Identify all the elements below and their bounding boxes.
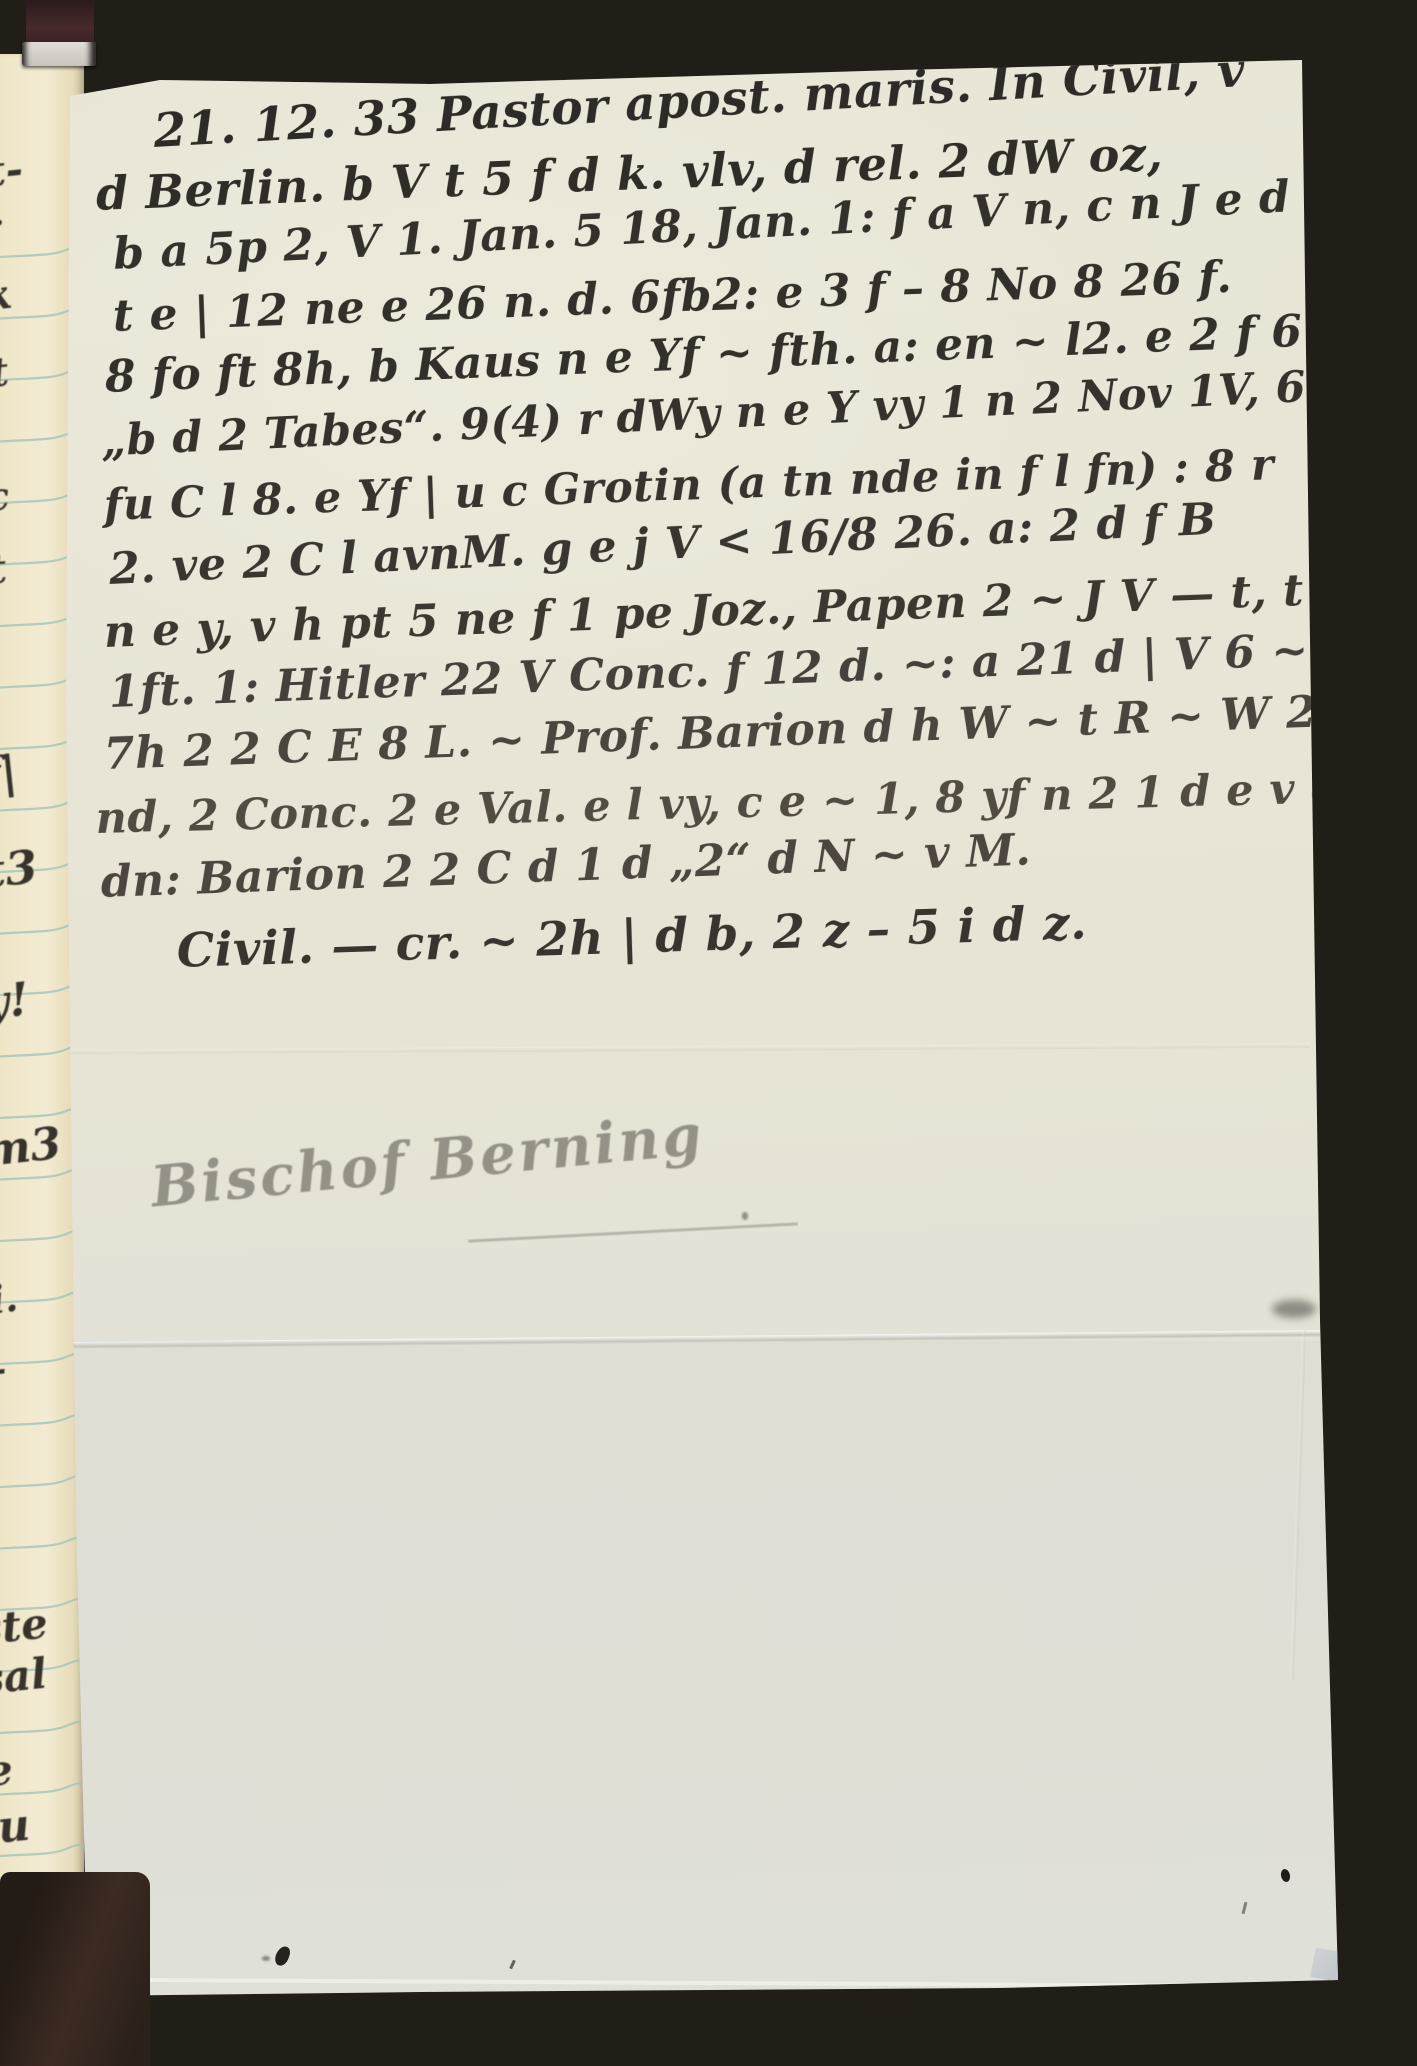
dust-speck [742,1212,748,1220]
pencil-underline [468,1222,798,1242]
notebook-page: 21. 12. 33 Pastor apost. maris. In Civil… [0,0,1417,2066]
ink-stroke-fragment: ju [0,1800,32,1856]
ink-slash-mark [509,1960,516,1969]
manuscript-line: nd, 2 Conc. 2 e Val. e l vy, c e ~ 1, 8 … [95,763,1371,844]
corner-chip [1310,1948,1340,1982]
pencil-signature: Bischof Berning [148,1102,707,1221]
ink-stroke-fragment: t3 [0,839,40,898]
ink-blot-halo [262,1956,270,1961]
smudge-mark [1272,1300,1316,1318]
manuscript-line: Civil. — cr. ~ 2h | d b, 2 z – 5 i d z. [176,895,1088,979]
binding-corner-bottom [0,1872,150,2066]
fold-shading [60,1341,1350,1996]
pencil-tick-mark [1242,1902,1248,1914]
ink-stroke-fragment: ste [0,1598,50,1654]
binding-ribbon-top [26,0,94,46]
paper-fold-crease [70,1330,1320,1349]
ink-stroke-fragment: m3 [0,1118,64,1177]
ink-stroke-fragment: sal [0,1649,49,1705]
paper-crease-upper [70,1043,1310,1054]
binding-clip-band [22,42,96,66]
ink-blot [273,1944,292,1967]
page-bottom-edge-highlight [90,1978,1335,1989]
ink-stroke-fragment: y! [0,972,32,1031]
ink-dot [1280,1868,1292,1883]
paper-crease-vertical [1290,1330,1306,1680]
